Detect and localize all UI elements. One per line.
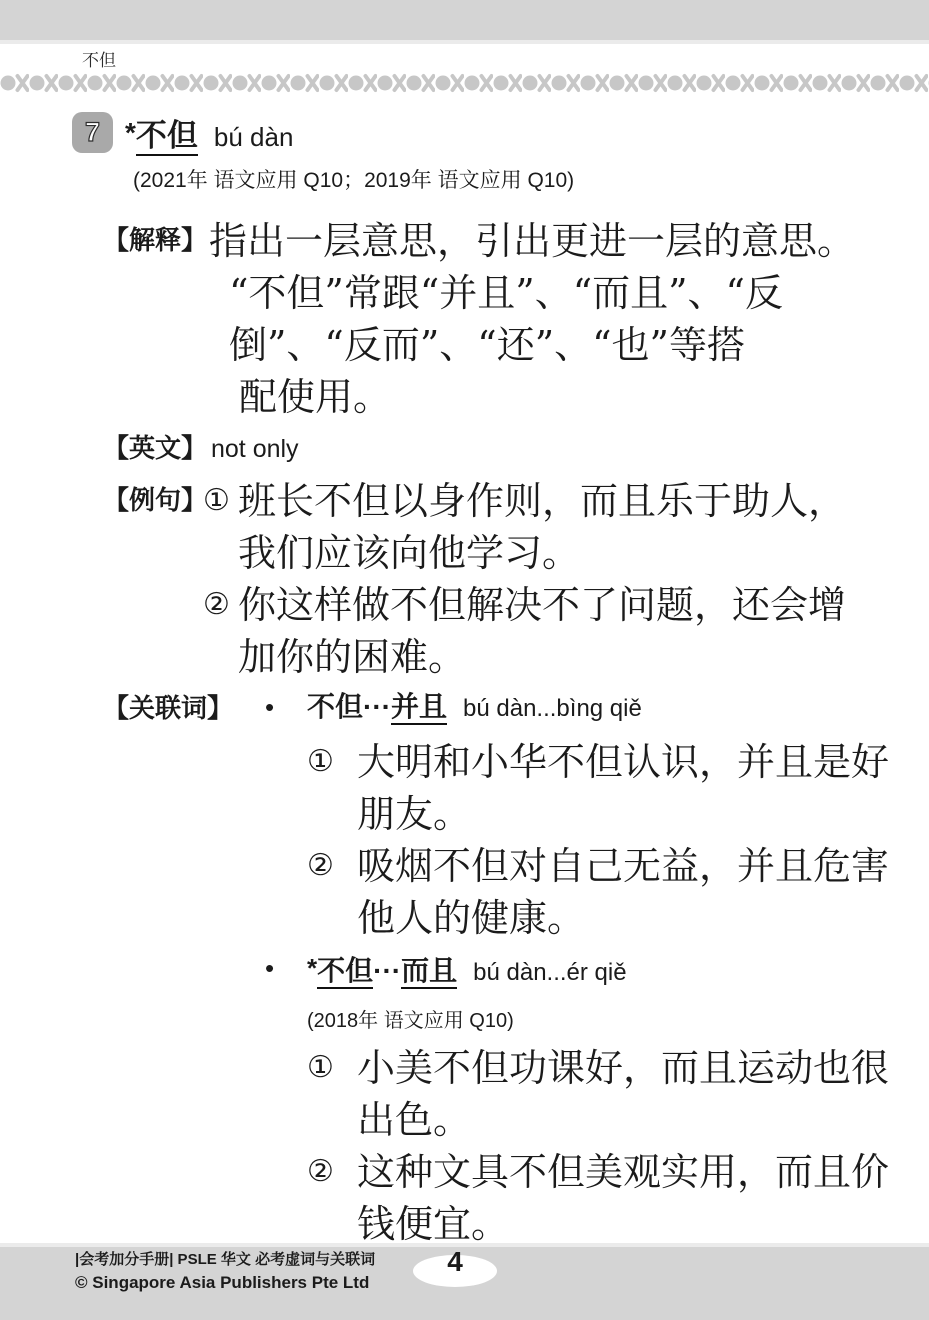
related-example-item: ① 大明和小华不但认识，并且是好 朋友。	[307, 736, 929, 840]
entry-header: 7 *不但bú dàn	[0, 110, 929, 155]
section-explain: 【解释】 指出一层意思，引出更进一层的意思。 “不但”常跟“并且”、“而且”、“…	[103, 215, 929, 423]
headword: 不但	[136, 118, 198, 156]
keyword-pinyin: bú dàn...ér qiě	[473, 959, 626, 986]
exam-reference: (2021年 语文应用 Q10；2019年 语文应用 Q10)	[133, 168, 929, 194]
text-line: 加你的困难。	[238, 631, 846, 683]
example-item: ① 班长不但以身作则，而且乐于助人， 我们应该向他学习。	[203, 475, 929, 579]
keyword-part2: 并且	[391, 691, 447, 725]
example-sentence: 你这样做不但解决不了问题，还会增 加你的困难。	[238, 579, 846, 683]
item-number: ①	[307, 736, 357, 788]
footer: |会考加分手册| PSLE 华文 必考虚词与关联词 © Singapore As…	[75, 1249, 375, 1294]
keyword-ellipsis: ···	[373, 955, 401, 986]
bullet-icon: •	[265, 944, 274, 992]
item-number: ②	[203, 579, 238, 631]
running-head: 不但	[82, 46, 116, 71]
section-related-words: 【关联词】 • 不但···并且bú dàn...bìng qiě ① 大明和小华…	[103, 683, 929, 1250]
entry-sections: 【解释】 指出一层意思，引出更进一层的意思。 “不但”常跟“并且”、“而且”、“…	[0, 215, 929, 1250]
item-number: ②	[307, 840, 357, 892]
related-example-item: ② 吸烟不但对自己无益，并且危害 他人的健康。	[307, 840, 929, 944]
related-label: 【关联词】	[103, 683, 235, 735]
page-top-margin	[0, 0, 929, 44]
related-keyword: 不但···并且bú dàn...bìng qiě	[307, 683, 929, 736]
keyword-part2: 而且	[401, 955, 457, 989]
text-line: 我们应该向他学习。	[238, 527, 846, 579]
text-line: 小美不但功课好，而且运动也很	[357, 1042, 889, 1094]
text-line: 倒”、“反而”、“还”、“也”等搭	[209, 319, 855, 371]
text-line: 你这样做不但解决不了问题，还会增	[238, 579, 846, 631]
explain-content: 指出一层意思，引出更进一层的意思。 “不但”常跟“并且”、“而且”、“反 倒”、…	[203, 215, 855, 423]
example-sentence: 这种文具不但美观实用，而且价 钱便宜。	[357, 1146, 889, 1250]
keyword-part1: 不但	[317, 955, 373, 989]
english-label: 【英文】	[103, 423, 203, 475]
entry-number-badge: 7	[72, 112, 113, 153]
keyword-ellipsis: ···	[363, 691, 391, 722]
headword-asterisk: *	[125, 117, 136, 148]
related-keyword: *不但···而且bú dàn...ér qiě	[307, 944, 929, 1000]
entry-title: *不但bú dàn	[125, 110, 293, 155]
keyword-pinyin: bú dàn...bìng qiě	[463, 695, 642, 722]
footer-book-title: |会考加分手册| PSLE 华文 必考虚词与关联词	[75, 1249, 375, 1271]
example-sentence: 大明和小华不但认识，并且是好 朋友。	[357, 736, 889, 840]
example-sentence: 小美不但功课好，而且运动也很 出色。	[357, 1042, 889, 1146]
text-line: 他人的健康。	[357, 892, 889, 944]
related-group-budan-erqie: • *不但···而且bú dàn...ér qiě (2018年 语文应用 Q1…	[235, 944, 929, 1250]
text-line: 朋友。	[357, 788, 889, 840]
explain-label: 【解释】	[103, 215, 203, 267]
text-line: 配使用。	[209, 371, 855, 423]
page-number-oval: 4	[413, 1255, 497, 1287]
keyword-part1: 不但	[307, 691, 363, 722]
bullet-icon: •	[265, 683, 274, 731]
related-example-item: ① 小美不但功课好，而且运动也很 出色。	[307, 1042, 929, 1146]
text-line: 出色。	[357, 1094, 889, 1146]
text-line: 指出一层意思，引出更进一层的意思。	[209, 215, 855, 267]
footer-copyright: © Singapore Asia Publishers Pte Ltd	[75, 1271, 375, 1294]
text-line: 大明和小华不但认识，并且是好	[357, 736, 889, 788]
text-line: 这种文具不但美观实用，而且价	[357, 1146, 889, 1198]
chain-border-decoration	[0, 72, 929, 94]
related-example-item: ② 这种文具不但美观实用，而且价 钱便宜。	[307, 1146, 929, 1250]
entry-7: 7 *不但bú dàn (2021年 语文应用 Q10；2019年 语文应用 Q…	[0, 110, 929, 1250]
headword-pinyin: bú dàn	[214, 122, 294, 152]
keyword-asterisk: *	[307, 953, 317, 983]
text-line: 班长不但以身作则，而且乐于助人，	[238, 475, 846, 527]
example-items: ① 班长不但以身作则，而且乐于助人， 我们应该向他学习。 ② 你这样做不但解决不…	[203, 475, 929, 683]
examples-label: 【例句】	[103, 475, 203, 527]
exam-reference: (2018年 语文应用 Q10)	[307, 1000, 929, 1042]
section-examples: 【例句】 ① 班长不但以身作则，而且乐于助人， 我们应该向他学习。 ② 你这样做…	[103, 475, 929, 683]
related-groups: • 不但···并且bú dàn...bìng qiě ① 大明和小华不但认识，并…	[235, 683, 929, 1250]
page-number: 4	[447, 1246, 463, 1278]
english-translation: not only	[203, 423, 299, 475]
text-line: 吸烟不但对自己无益，并且危害	[357, 840, 889, 892]
example-sentence: 吸烟不但对自己无益，并且危害 他人的健康。	[357, 840, 889, 944]
item-number: ①	[307, 1042, 357, 1094]
text-line: “不但”常跟“并且”、“而且”、“反	[209, 267, 855, 319]
example-item: ② 你这样做不但解决不了问题，还会增 加你的困难。	[203, 579, 929, 683]
item-number: ①	[203, 475, 238, 527]
text-line: 钱便宜。	[357, 1198, 889, 1250]
section-english: 【英文】 not only	[103, 423, 929, 475]
example-sentence: 班长不但以身作则，而且乐于助人， 我们应该向他学习。	[238, 475, 846, 579]
related-group-budan-bingqie: • 不但···并且bú dàn...bìng qiě ① 大明和小华不但认识，并…	[235, 683, 929, 944]
item-number: ②	[307, 1146, 357, 1198]
